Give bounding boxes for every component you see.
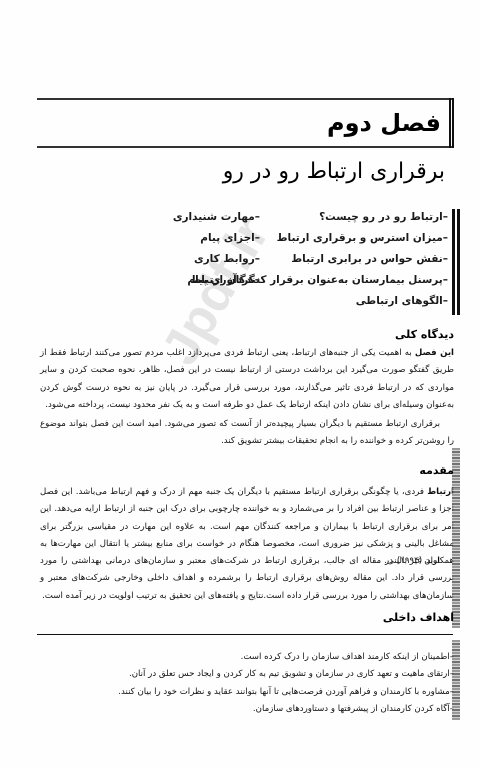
chapter-title: برقراری ارتباط رو در رو xyxy=(223,157,445,187)
topic-item: –گردآوری پیام xyxy=(173,270,260,291)
intro-lead: ارتباط xyxy=(427,487,454,497)
overview-paragraph-1: این فصل به اهمیت یکی از جنبه‌های ارتباط،… xyxy=(40,345,454,414)
topic-list: –ارتباط رو در رو چیست؟ –میزان استرس و بر… xyxy=(120,207,460,317)
chapter-label: فصل دوم xyxy=(327,108,441,138)
topic-item: –مهارت شنیداری xyxy=(173,207,260,228)
goal-item: –مشاوره با کارمندان و فراهم آوردن فرصت‌ه… xyxy=(118,684,454,701)
internal-goals-list: –اطمینان از اینکه کارمند اهداف سازمان را… xyxy=(118,649,454,718)
document-page: Jpdf.ir فصل دوم برقراری ارتباط رو در رو … xyxy=(0,0,481,768)
margin-scan-noise xyxy=(452,640,460,720)
topic-list-bar xyxy=(452,209,460,315)
overview-heading: دیدگاه کلی xyxy=(395,328,454,341)
intro-heading: مقدمه xyxy=(419,464,454,477)
overview-paragraph-2: برقراری ارتباط مستقیم با دیگران بسیار پی… xyxy=(40,416,454,451)
overview-text-1: به اهمیت یکی از جنبه‌های ارتباط، یعنی ار… xyxy=(40,348,454,410)
goal-item: –ارتقای ماهیت و تعهد کاری در سازمان و تش… xyxy=(118,666,454,683)
goal-item: –آگاه کردن کارمندان از پیشرفتها و دستاور… xyxy=(118,701,454,718)
topic-column-left: –مهارت شنیداری –اجزای پیام –روابط کاری –… xyxy=(173,207,260,291)
double-vertical-rule xyxy=(449,98,454,148)
topic-item: –اجزای پیام xyxy=(173,228,260,249)
topic-item: –روابط کاری xyxy=(173,249,260,270)
goal-item: –اطمینان از اینکه کارمند اهداف سازمان را… xyxy=(118,649,454,666)
topic-item: –الگوهای ارتباطی xyxy=(190,291,448,312)
internal-goals-heading: اهداف داخلی xyxy=(383,611,454,624)
intro-paragraph-2: لوید (۱۹۹۴) در مقاله ای جالب، برقراری ار… xyxy=(40,553,454,605)
overview-lead: این فصل xyxy=(415,348,454,358)
margin-scan-noise xyxy=(452,488,460,628)
chapter-header-frame: فصل دوم xyxy=(37,98,453,148)
section-rule xyxy=(37,634,453,635)
